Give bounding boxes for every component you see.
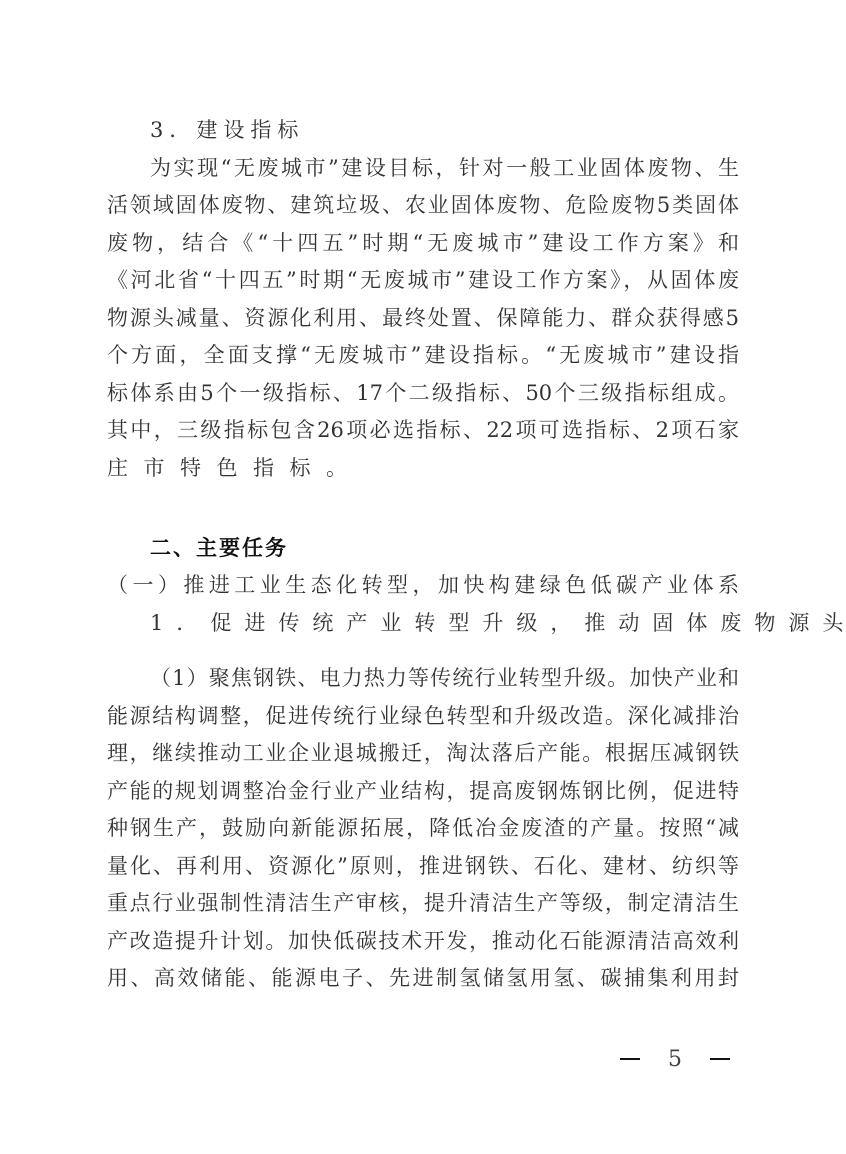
- page-number: 5: [668, 1047, 682, 1072]
- paragraph-line: 废物，结合《“十四五”时期“无废城市”建设工作方案》和: [107, 228, 739, 258]
- paragraph-line: 《河北省“十四五”时期“无废城市”建设工作方案》，从固体废: [107, 265, 739, 295]
- section-heading-main-tasks: 二、主要任务: [150, 533, 739, 563]
- dash-left: [620, 1058, 640, 1060]
- paragraph-line: 物源头减量、资源化利用、最终处置、保障能力、群众获得感5: [107, 303, 739, 333]
- paragraph-line: 理，继续推动工业企业退城搬迁，淘汰落后产能。根据压减钢铁: [107, 738, 739, 768]
- paragraph-line: 为实现“无废城市”建设目标，针对一般工业固体废物、生: [150, 153, 739, 183]
- paragraph-line: 用、高效储能、能源电子、先进制氢储氢用氢、碳捕集利用封: [107, 963, 739, 993]
- paragraph-line: 产改造提升计划。加快低碳技术开发，推动化石能源清洁高效利: [107, 926, 739, 956]
- paragraph-line: 标体系由5个一级指标、17个二级指标、50个三级指标组成。: [107, 378, 739, 408]
- page-number-footer: 5: [620, 1044, 730, 1074]
- paragraph-line: 庄市特色指标。: [107, 453, 739, 483]
- paragraph-line: 量化、再利用、资源化”原则，推进钢铁、石化、建材、纺织等: [107, 851, 739, 881]
- item-heading-traditional-industry-upgrade: 1．促进传统产业转型升级，推动固体废物源头减量: [150, 608, 739, 638]
- document-page: 3．建设指标 为实现“无废城市”建设目标，针对一般工业固体废物、生 活领域固体废…: [0, 0, 846, 1154]
- paragraph-line: 重点行业强制性清洁生产审核，提升清洁生产等级，制定清洁生: [107, 888, 739, 918]
- paragraph-line: 活领域固体废物、建筑垃圾、农业固体废物、危险废物5类固体: [107, 190, 739, 220]
- dash-right: [710, 1058, 730, 1060]
- paragraph-line: （1）聚焦钢铁、电力热力等传统行业转型升级。加快产业和: [150, 663, 739, 693]
- paragraph-line: 产能的规划调整冶金行业产业结构，提高废钢炼钢比例，促进特: [107, 776, 739, 806]
- paragraph-line: 个方面，全面支撑“无废城市”建设指标。“无废城市”建设指: [107, 340, 739, 370]
- paragraph-line: 其中，三级指标包含26项必选指标、22项可选指标、2项石家: [107, 415, 739, 445]
- paragraph-line: 种钢生产，鼓励向新能源拓展，降低冶金废渣的产量。按照“减: [107, 813, 739, 843]
- subsection-heading-industrial-transformation: （一）推进工业生态化转型，加快构建绿色低碳产业体系: [107, 570, 739, 600]
- section-heading-construction-indicators: 3．建设指标: [150, 115, 739, 145]
- paragraph-line: 能源结构调整，促进传统行业绿色转型和升级改造。深化减排治: [107, 701, 739, 731]
